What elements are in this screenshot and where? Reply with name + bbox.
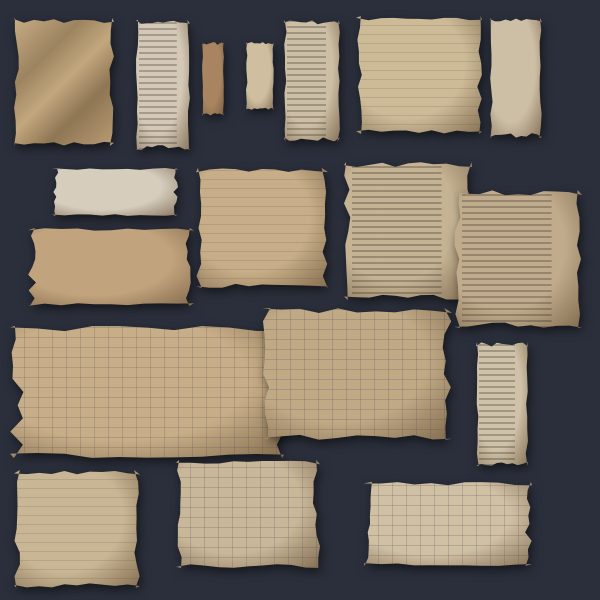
paper-piece-punched-strip bbox=[52, 168, 178, 216]
paper-lines-texture bbox=[356, 16, 482, 134]
paper-piece-newsprint-pair-2 bbox=[454, 190, 582, 328]
paper-surface bbox=[284, 20, 340, 142]
paper-piece-newsprint-pair-1 bbox=[344, 162, 472, 300]
paper-surface bbox=[52, 168, 178, 216]
paper-piece-typed-strip-3 bbox=[476, 342, 528, 466]
paper-text-texture bbox=[454, 190, 582, 328]
paper-piece-torn-table-piece bbox=[176, 460, 320, 568]
paper-piece-handwritten-form bbox=[14, 470, 140, 588]
paper-scraps-canvas bbox=[0, 0, 600, 600]
paper-piece-form-sheet bbox=[356, 16, 482, 134]
paper-surface bbox=[14, 470, 140, 588]
paper-surface bbox=[10, 326, 284, 458]
paper-lines-texture bbox=[196, 168, 328, 288]
paper-piece-typed-strip-2 bbox=[284, 20, 340, 142]
paper-text-texture bbox=[476, 342, 528, 466]
paper-piece-receipt-table bbox=[364, 482, 532, 566]
paper-surface bbox=[262, 308, 452, 440]
paper-surface bbox=[454, 190, 582, 328]
paper-surface bbox=[490, 18, 542, 138]
paper-grid-texture bbox=[364, 482, 532, 566]
paper-text-texture bbox=[284, 20, 340, 142]
paper-text-texture bbox=[344, 162, 472, 300]
paper-surface bbox=[356, 16, 482, 134]
paper-piece-plain-strip bbox=[490, 18, 542, 138]
paper-piece-grid-ledger bbox=[10, 326, 284, 458]
paper-surface bbox=[28, 228, 194, 306]
paper-lines-texture bbox=[14, 470, 140, 588]
paper-piece-small-strip bbox=[246, 42, 274, 110]
paper-surface bbox=[14, 18, 114, 146]
paper-piece-typed-strip-1 bbox=[136, 20, 190, 150]
paper-piece-folded-grid-sheet bbox=[262, 308, 452, 440]
paper-surface bbox=[196, 168, 328, 288]
paper-piece-lined-form bbox=[196, 168, 328, 288]
paper-grid-texture bbox=[262, 308, 452, 440]
paper-surface bbox=[246, 42, 274, 110]
paper-surface bbox=[364, 482, 532, 566]
paper-surface bbox=[202, 42, 224, 116]
paper-surface bbox=[136, 20, 190, 150]
paper-piece-rust-strip bbox=[202, 42, 224, 116]
paper-surface bbox=[344, 162, 472, 300]
paper-grid-texture bbox=[10, 326, 284, 458]
paper-text-texture bbox=[136, 20, 190, 150]
paper-grid-texture bbox=[176, 460, 320, 568]
paper-piece-envelope-flap bbox=[28, 228, 194, 306]
paper-surface bbox=[476, 342, 528, 466]
paper-surface bbox=[176, 460, 320, 568]
paper-piece-crumpled-envelope bbox=[14, 18, 114, 146]
